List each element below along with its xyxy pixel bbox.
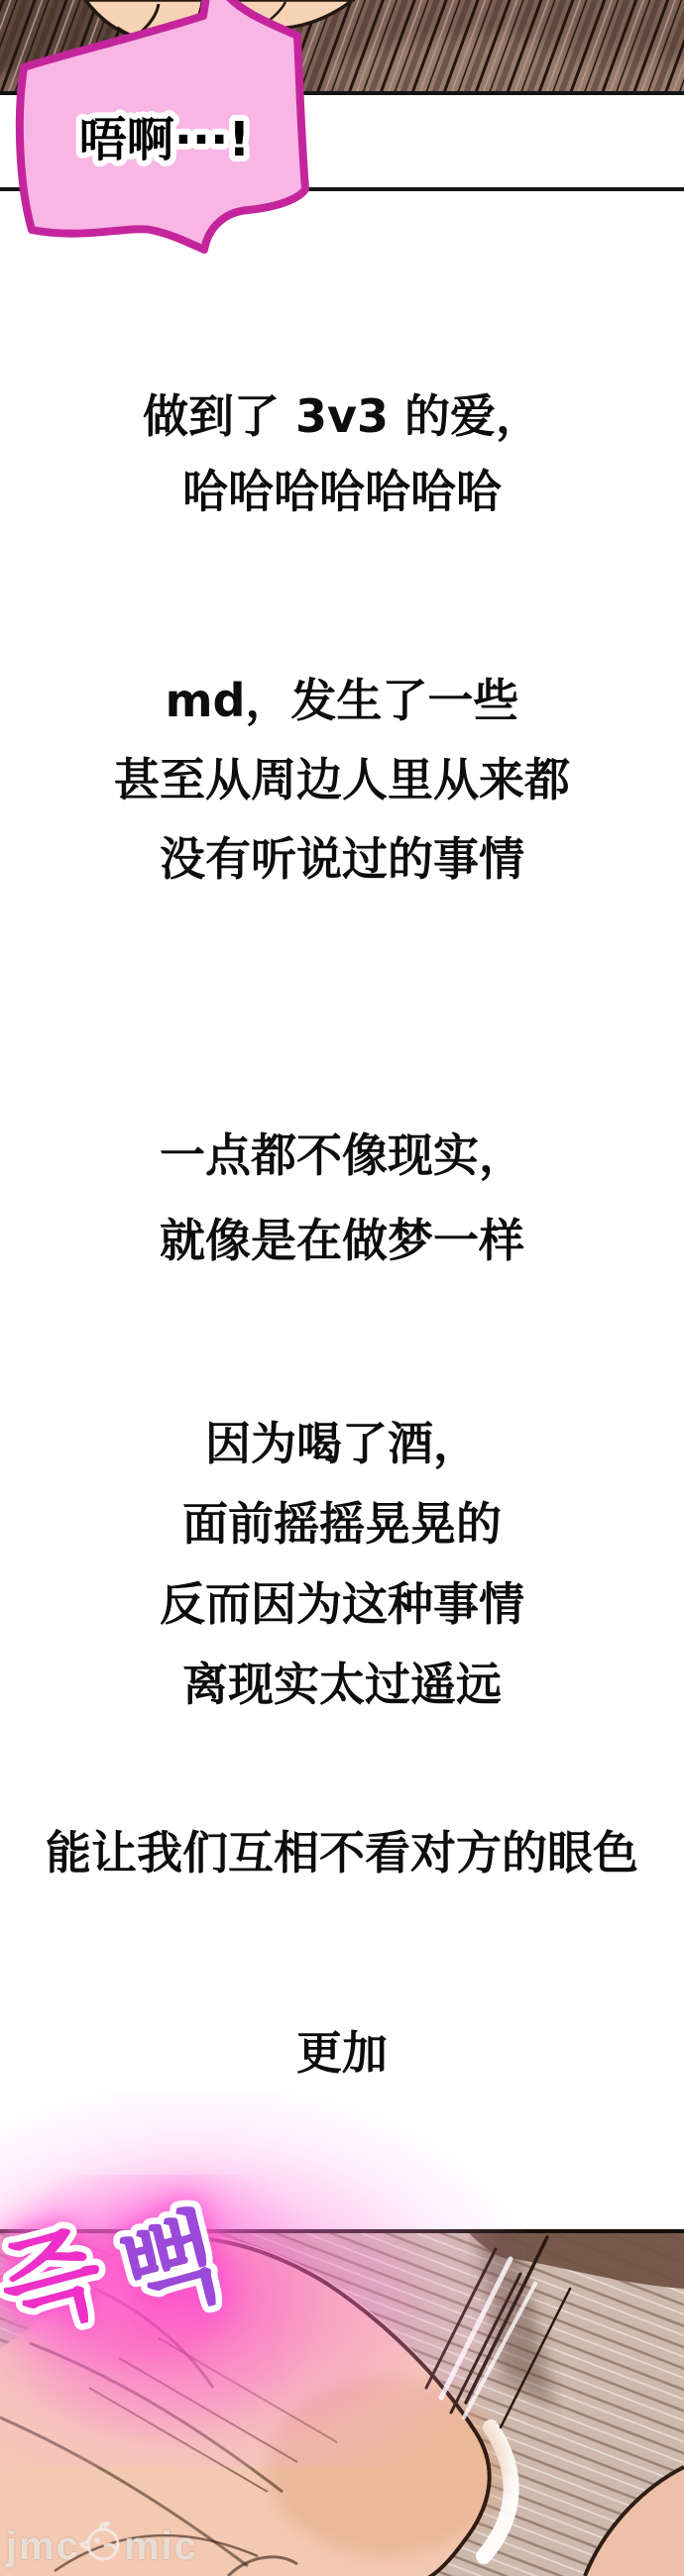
narration-line: 更加 bbox=[0, 2013, 684, 2093]
narration-line: 一点都不像现实， bbox=[0, 1113, 684, 1198]
narration-line: 甚至从周边人里从来都 bbox=[0, 740, 684, 819]
sfx-text: 즉 뻑 bbox=[0, 2172, 345, 2419]
speech-bubble: 唔啊···! bbox=[0, 0, 337, 258]
narration-line: 因为喝了酒， bbox=[0, 1404, 684, 1484]
narration-line: md，发生了一些 bbox=[0, 661, 684, 740]
narration-line: 能让我们互相不看对方的眼色 bbox=[0, 1813, 684, 1892]
narration-block-5: 能让我们互相不看对方的眼色 bbox=[0, 1813, 684, 1892]
narration-block-3: 一点都不像现实， 就像是在做梦一样 bbox=[0, 1113, 684, 1283]
narration-line: 就像是在做梦一样 bbox=[0, 1198, 684, 1283]
narration-line: 面前摇摇晃晃的 bbox=[0, 1484, 684, 1564]
speech-bubble-text: 唔啊···! bbox=[79, 112, 251, 167]
narration-line: 没有听说过的事情 bbox=[0, 819, 684, 899]
sfx-char-1: 즉 bbox=[0, 2209, 114, 2351]
watermark-text-prefix: jmc bbox=[6, 2524, 80, 2569]
narration-line: 反而因为这种事情 bbox=[0, 1564, 684, 1645]
chick-icon bbox=[79, 2519, 125, 2564]
narration-line: 哈哈哈哈哈哈哈 bbox=[0, 454, 684, 529]
watermark-text-suffix: mic bbox=[124, 2524, 198, 2569]
narration-block-6: 更加 bbox=[0, 2013, 684, 2093]
narration-line: 离现实太过遥远 bbox=[0, 1645, 684, 1725]
narration-block-1: 做到了 3v3 的爱， 哈哈哈哈哈哈哈 bbox=[0, 378, 684, 529]
watermark: jmc mic bbox=[6, 2519, 198, 2574]
narration-block-2: md，发生了一些 甚至从周边人里从来都 没有听说过的事情 bbox=[0, 661, 684, 899]
sfx-char-2: 뻑 bbox=[108, 2196, 228, 2335]
narration-block-4: 因为喝了酒， 面前摇摇晃晃的 反而因为这种事情 离现实太过遥远 bbox=[0, 1404, 684, 1725]
webtoon-page: 唔啊···! 做到了 3v3 的爱， 哈哈哈哈哈哈哈 md，发生了一些 甚至从周… bbox=[0, 0, 684, 2576]
sfx-glyphs: 즉 뻑 bbox=[0, 2183, 228, 2365]
narration-line: 做到了 3v3 的爱， bbox=[0, 378, 684, 454]
